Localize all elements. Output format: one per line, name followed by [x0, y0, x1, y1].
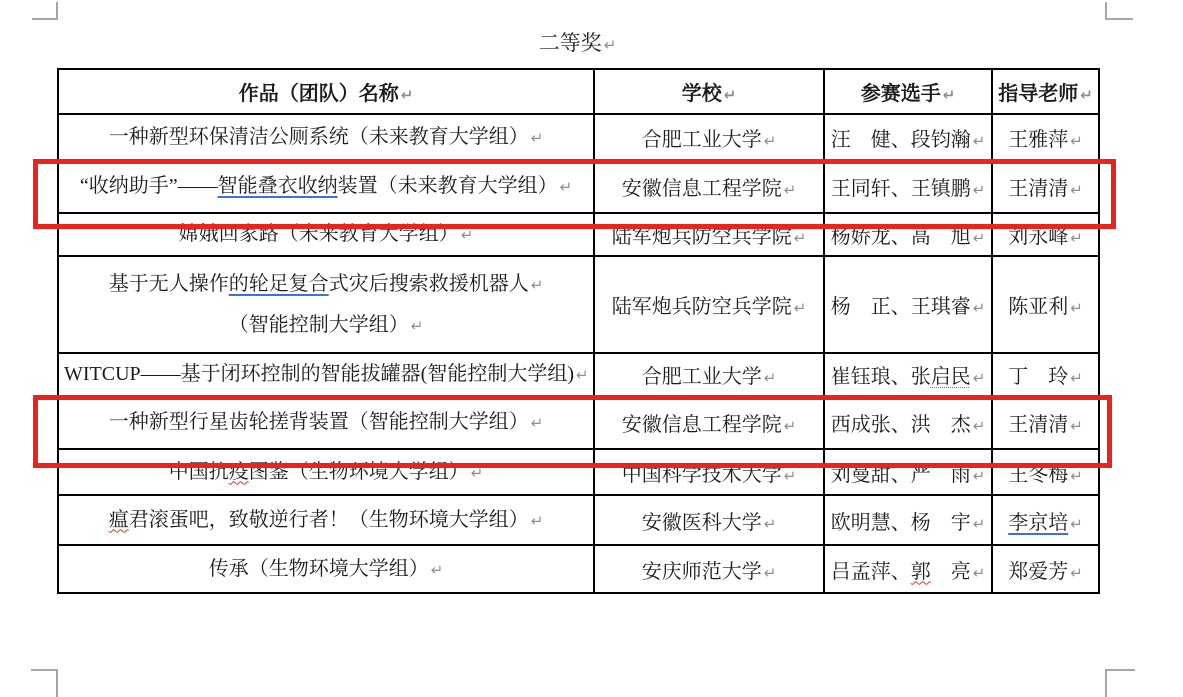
table-row: 中国抗疫图鉴（生物环境大学组）↵中国科学技术大学↵刘曼甜、严 雨↵王冬梅↵ [58, 449, 1099, 495]
text-segment: 基于无人操作 [109, 273, 229, 295]
column-header-work-name[interactable]: 作品（团队）名称↵ [58, 69, 594, 114]
text-segment: 瘟 [109, 509, 129, 531]
work-name-cell[interactable]: 传承（生物环境大学组）↵ [58, 545, 594, 593]
header-label: 指导老师 [998, 83, 1078, 105]
advisor-cell[interactable]: 郑爱芳↵ [992, 545, 1099, 593]
work-name-cell[interactable]: 一种新型行星齿轮搓背装置（智能控制大学组）↵ [58, 396, 594, 449]
advisor-cell[interactable]: 丁 玲↵ [992, 353, 1099, 396]
table-row: WITCUP——基于闭环控制的智能拔罐器(智能控制大学组)↵合肥工业大学↵崔钰琅… [58, 353, 1099, 396]
paragraph-mark-icon: ↵ [971, 515, 986, 533]
text-segment: 中国抗 [169, 461, 229, 483]
school-cell[interactable]: 安庆师范大学↵ [594, 545, 824, 593]
text-segment: 刘曼甜、严 雨 [831, 464, 971, 486]
text-segment: “收纳助手”—— [80, 175, 218, 197]
text-segment: 一种新型环保清洁公厕系统（未来教育大学组） [109, 126, 529, 148]
paragraph-mark-icon: ↵ [782, 181, 797, 199]
paragraph-mark-icon: ↵ [399, 86, 414, 104]
text-segment: 图鉴（生物环境大学组） [249, 461, 469, 483]
text-segment: 郭 [911, 561, 931, 583]
text-segment: 智能叠衣收纳 [218, 175, 338, 197]
column-header-players[interactable]: 参赛选手↵ [824, 69, 992, 114]
header-label: 学校 [682, 83, 722, 105]
text-segment: 王雅萍 [1008, 129, 1068, 151]
text-segment: 安徽医科大学 [642, 512, 762, 534]
text-segment: WITCUP——基于闭环控制的智能拔罐器(智能控制大学组) [64, 363, 574, 385]
text-segment: 的轮足复合 [229, 273, 329, 295]
paragraph-mark-icon: ↵ [971, 132, 986, 150]
advisor-cell[interactable]: 陈亚利↵ [992, 256, 1099, 353]
work-name-line: WITCUP——基于闭环控制的智能拔罐器(智能控制大学组)↵ [64, 364, 589, 385]
paragraph-mark-icon: ↵ [429, 561, 444, 579]
text-segment: 安徽信息工程学院 [622, 178, 782, 200]
text-segment: 合肥工业大学 [642, 366, 762, 388]
document-page: { "document": { "title": "二等奖", "paragra… [0, 0, 1183, 697]
text-segment: 君滚蛋吧，致敬逆行者！（生物环境大学组） [129, 509, 529, 531]
text-segment: 疫 [229, 461, 249, 483]
work-name-line: 一种新型行星齿轮搓背装置（智能控制大学组）↵ [63, 412, 589, 433]
header-row: 作品（团队）名称↵ 学校↵ 参赛选手↵ 指导老师↵ [58, 69, 1099, 114]
work-name-cell[interactable]: “收纳助手”——智能叠衣收纳装置（未来教育大学组）↵ [58, 160, 594, 213]
work-name-line: “收纳助手”——智能叠衣收纳装置（未来教育大学组）↵ [63, 176, 589, 197]
text-segment: 吕孟萍、 [831, 561, 911, 583]
header-label: 参赛选手 [861, 83, 941, 105]
paragraph-mark-icon: ↵ [409, 317, 424, 335]
paragraph-mark-icon: ↵ [529, 512, 544, 530]
paragraph-mark-icon: ↵ [941, 86, 956, 104]
margin-crop-mark-top-left [32, 2, 58, 20]
paragraph-mark-icon: ↵ [1068, 299, 1083, 317]
paragraph-mark-icon: ↵ [529, 276, 544, 294]
text-segment: 合肥工业大学 [642, 129, 762, 151]
school-cell[interactable]: 合肥工业大学↵ [594, 114, 824, 160]
school-cell[interactable]: 安徽信息工程学院↵ [594, 160, 824, 213]
players-cell[interactable]: 杨娇龙、高 旭↵ [824, 213, 992, 256]
table-row: 传承（生物环境大学组）↵安庆师范大学↵吕孟萍、郭 亮↵郑爱芳↵ [58, 545, 1099, 593]
paragraph-mark-icon: ↵ [529, 414, 544, 432]
school-cell[interactable]: 合肥工业大学↵ [594, 353, 824, 396]
text-segment: 嫦娥回家路（未来教育大学组） [179, 223, 459, 245]
paragraph-mark-icon: ↵ [574, 366, 589, 384]
paragraph-mark-icon: ↵ [971, 564, 986, 582]
work-name-cell[interactable]: 中国抗疫图鉴（生物环境大学组）↵ [58, 449, 594, 495]
header-label: 作品（团队）名称 [239, 83, 399, 105]
text-segment: 陆军炮兵防空兵学院 [612, 226, 792, 248]
paragraph-mark-icon: ↵ [1068, 564, 1083, 582]
table-row: 一种新型行星齿轮搓背装置（智能控制大学组）↵安徽信息工程学院↵西成张、洪 杰↵王… [58, 396, 1099, 449]
text-segment: 安庆师范大学 [642, 561, 762, 583]
paragraph-mark-icon: ↵ [602, 36, 617, 54]
work-name-cell[interactable]: 瘟君滚蛋吧，致敬逆行者！（生物环境大学组）↵ [58, 495, 594, 545]
text-segment: 亮 [931, 561, 971, 583]
paragraph-mark-icon: ↵ [762, 132, 777, 150]
text-segment: 杨 正、王琪睿 [831, 296, 971, 318]
paragraph-mark-icon: ↵ [1068, 369, 1083, 387]
paragraph-mark-icon: ↵ [529, 129, 544, 147]
text-segment: 安徽信息工程学院 [622, 414, 782, 436]
school-cell[interactable]: 中国科学技术大学↵ [594, 449, 824, 495]
page-title-text: 二等奖 [539, 31, 602, 55]
paragraph-mark-icon: ↵ [971, 229, 986, 247]
advisor-cell[interactable]: 王冬梅↵ [992, 449, 1099, 495]
paragraph-mark-icon: ↵ [762, 564, 777, 582]
table-row: 基于无人操作的轮足复合式灾后搜索救援机器人↵（智能控制大学组）↵陆军炮兵防空兵学… [58, 256, 1099, 353]
school-cell[interactable]: 陆军炮兵防空兵学院↵ [594, 213, 824, 256]
paragraph-mark-icon: ↵ [792, 229, 807, 247]
paragraph-mark-icon: ↵ [459, 226, 474, 244]
text-segment: 刘永峰 [1008, 226, 1068, 248]
paragraph-mark-icon: ↵ [1078, 86, 1093, 104]
work-name-line: 传承（生物环境大学组）↵ [63, 559, 589, 580]
text-segment: 王清清 [1008, 414, 1068, 436]
paragraph-mark-icon: ↵ [971, 369, 986, 387]
page-title[interactable]: 二等奖↵ [57, 29, 1098, 57]
text-segment: 式灾后搜索救援机器人 [329, 273, 529, 295]
paragraph-mark-icon: ↵ [1068, 229, 1083, 247]
advisor-cell[interactable]: 王清清↵ [992, 396, 1099, 449]
text-segment: 崔钰琅、张 [831, 366, 931, 388]
text-segment: 丁 玲 [1008, 366, 1068, 388]
text-segment: 李京培 [1008, 512, 1068, 534]
school-cell[interactable]: 安徽医科大学↵ [594, 495, 824, 545]
paragraph-mark-icon: ↵ [1068, 132, 1083, 150]
text-segment: 中国科学技术大学 [622, 464, 782, 486]
margin-crop-mark-bottom-left [31, 669, 58, 697]
players-cell[interactable]: 汪 健、段钧瀚↵ [824, 114, 992, 160]
work-name-cell[interactable]: WITCUP——基于闭环控制的智能拔罐器(智能控制大学组)↵ [58, 353, 594, 396]
text-segment: 欧明慧、杨 宇 [831, 512, 971, 534]
advisor-cell[interactable]: 王清清↵ [992, 160, 1099, 213]
players-cell[interactable]: 崔钰琅、张启民↵ [824, 353, 992, 396]
work-name-line: （智能控制大学组）↵ [63, 315, 589, 336]
paragraph-mark-icon: ↵ [971, 417, 986, 435]
paragraph-mark-icon: ↵ [782, 417, 797, 435]
table-body: 一种新型环保清洁公厕系统（未来教育大学组）↵合肥工业大学↵汪 健、段钧瀚↵王雅萍… [58, 114, 1099, 593]
school-cell[interactable]: 安徽信息工程学院↵ [594, 396, 824, 449]
text-segment: 王冬梅 [1008, 464, 1068, 486]
work-name-line: 中国抗疫图鉴（生物环境大学组）↵ [63, 462, 589, 483]
players-cell[interactable]: 欧明慧、杨 宇↵ [824, 495, 992, 545]
paragraph-mark-icon: ↵ [722, 86, 737, 104]
awards-table: 作品（团队）名称↵ 学校↵ 参赛选手↵ 指导老师↵ 一种新型环保清洁公厕系统（未… [57, 68, 1100, 594]
text-segment: 启民 [931, 366, 971, 388]
paragraph-mark-icon: ↵ [469, 464, 484, 482]
work-name-line: 一种新型环保清洁公厕系统（未来教育大学组）↵ [63, 127, 589, 148]
paragraph-mark-icon: ↵ [762, 515, 777, 533]
column-header-advisor[interactable]: 指导老师↵ [992, 69, 1099, 114]
players-cell[interactable]: 刘曼甜、严 雨↵ [824, 449, 992, 495]
players-cell[interactable]: 西成张、洪 杰↵ [824, 396, 992, 449]
advisor-cell[interactable]: 王雅萍↵ [992, 114, 1099, 160]
players-cell[interactable]: 吕孟萍、郭 亮↵ [824, 545, 992, 593]
table-row: 一种新型环保清洁公厕系统（未来教育大学组）↵合肥工业大学↵汪 健、段钧瀚↵王雅萍… [58, 114, 1099, 160]
paragraph-mark-icon: ↵ [1068, 515, 1083, 533]
margin-crop-mark-bottom-right [1105, 669, 1135, 697]
players-cell[interactable]: 王同轩、王镇鹏↵ [824, 160, 992, 213]
text-segment: 西成张、洪 杰 [831, 414, 971, 436]
paragraph-mark-icon: ↵ [1068, 417, 1083, 435]
advisor-cell[interactable]: 刘永峰↵ [992, 213, 1099, 256]
paragraph-mark-icon: ↵ [782, 467, 797, 485]
paragraph-mark-icon: ↵ [971, 467, 986, 485]
paragraph-mark-icon: ↵ [971, 181, 986, 199]
text-segment: （智能控制大学组） [229, 314, 409, 336]
work-name-line: 嫦娥回家路（未来教育大学组）↵ [63, 224, 589, 245]
paragraph-mark-icon: ↵ [1068, 467, 1083, 485]
margin-crop-mark-top-right [1105, 2, 1133, 20]
text-segment: 陆军炮兵防空兵学院 [612, 296, 792, 318]
text-segment: 汪 健、段钧瀚 [831, 129, 971, 151]
school-cell[interactable]: 陆军炮兵防空兵学院↵ [594, 256, 824, 353]
table-row: “收纳助手”——智能叠衣收纳装置（未来教育大学组）↵安徽信息工程学院↵王同轩、王… [58, 160, 1099, 213]
text-segment: 陈亚利 [1008, 296, 1068, 318]
work-name-cell[interactable]: 嫦娥回家路（未来教育大学组）↵ [58, 213, 594, 256]
text-segment: 装置（未来教育大学组） [338, 175, 558, 197]
paragraph-mark-icon: ↵ [792, 299, 807, 317]
work-name-line: 瘟君滚蛋吧，致敬逆行者！（生物环境大学组）↵ [63, 510, 589, 531]
paragraph-mark-icon: ↵ [971, 299, 986, 317]
table-row: 瘟君滚蛋吧，致敬逆行者！（生物环境大学组）↵安徽医科大学↵欧明慧、杨 宇↵李京培… [58, 495, 1099, 545]
text-segment: 传承（生物环境大学组） [209, 558, 429, 580]
work-name-cell[interactable]: 一种新型环保清洁公厕系统（未来教育大学组）↵ [58, 114, 594, 160]
paragraph-mark-icon: ↵ [1068, 181, 1083, 199]
text-segment: 郑爱芳 [1008, 561, 1068, 583]
text-segment: 王同轩、王镇鹏 [831, 178, 971, 200]
column-header-school[interactable]: 学校↵ [594, 69, 824, 114]
table-row: 嫦娥回家路（未来教育大学组）↵陆军炮兵防空兵学院↵杨娇龙、高 旭↵刘永峰↵ [58, 213, 1099, 256]
paragraph-mark-icon: ↵ [558, 178, 573, 196]
advisor-cell[interactable]: 李京培↵ [992, 495, 1099, 545]
text-segment: 杨娇龙、高 旭 [831, 226, 971, 248]
paragraph-mark-icon: ↵ [762, 369, 777, 387]
work-name-cell[interactable]: 基于无人操作的轮足复合式灾后搜索救援机器人↵（智能控制大学组）↵ [58, 256, 594, 353]
players-cell[interactable]: 杨 正、王琪睿↵ [824, 256, 992, 353]
text-segment: 一种新型行星齿轮搓背装置（智能控制大学组） [109, 411, 529, 433]
text-segment: 王清清 [1008, 178, 1068, 200]
work-name-line: 基于无人操作的轮足复合式灾后搜索救援机器人↵ [63, 274, 589, 295]
